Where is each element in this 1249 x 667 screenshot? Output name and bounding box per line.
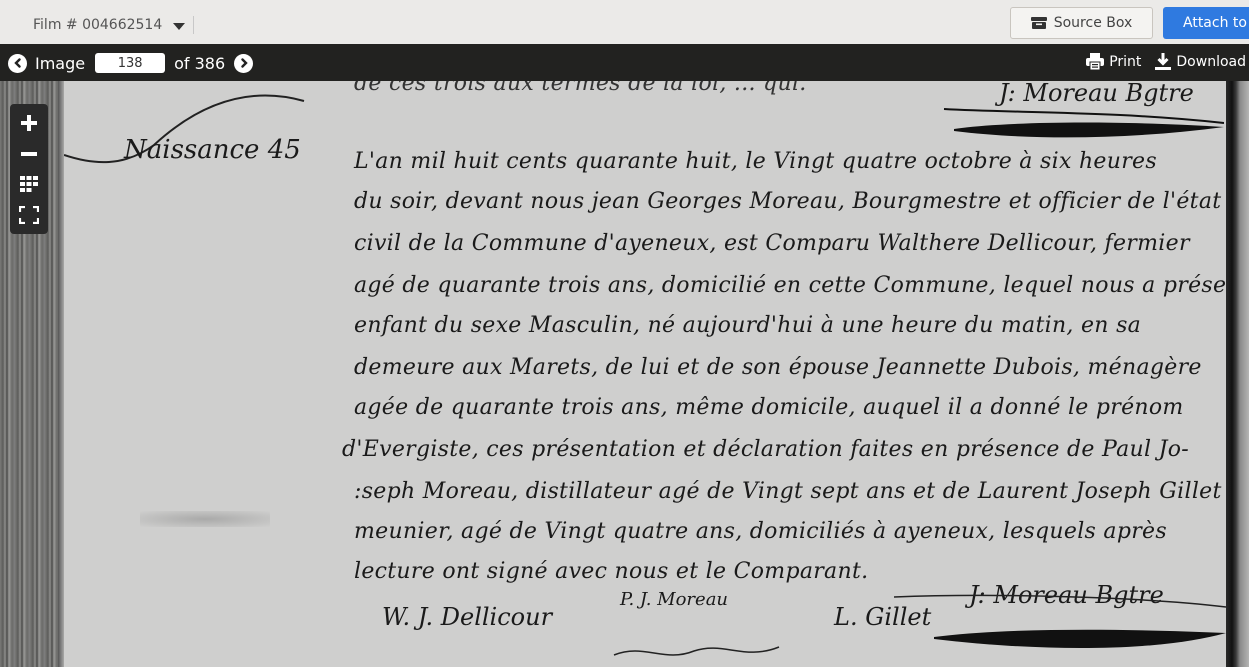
zoom-controls [10,104,48,234]
source-box-label: Source Box [1054,15,1133,31]
fullscreen-button[interactable] [14,202,44,228]
record-line: lecture ont signé avec nous et le Compar… [354,559,868,584]
document-page: de ces trois aux termes de la loi, ... q… [64,81,1226,667]
signature-paraph [604,637,784,667]
attach-to-button[interactable]: Attach to [1163,7,1249,39]
grid-icon [20,176,38,192]
chevron-left-icon [13,58,23,68]
page-stain [140,511,270,527]
download-label: Download [1176,54,1246,70]
record-line: agé de quarante trois ans, domicilié en … [354,273,1249,298]
attach-to-label: Attach to [1183,15,1247,31]
minus-icon [21,146,37,162]
chevron-down-icon[interactable] [173,23,185,30]
source-box-button[interactable]: Source Box [1010,7,1153,39]
chevron-right-icon [239,58,249,68]
download-button[interactable]: Download [1155,53,1246,70]
archive-box-icon [1031,17,1047,29]
record-line: d'Evergiste, ces présentation et déclara… [342,437,1189,462]
previous-image-button[interactable] [8,54,27,73]
signature-dellicour: W. J. Dellicour [382,603,552,631]
zoom-in-button[interactable] [14,110,44,136]
signature-flourish-bottom [894,593,1226,663]
record-line: :seph Moreau, distillateur agé de Vingt … [354,479,1222,504]
record-line: civil de la Commune d'ayeneux, est Compa… [354,231,1190,256]
print-label: Print [1109,54,1141,70]
film-selector[interactable]: Film # 004662514 [33,16,194,34]
thumbnail-grid-button[interactable] [14,171,44,197]
total-images-label: of 386 [174,54,225,73]
record-line: agée de quarante trois ans, même domicil… [354,395,1184,420]
page-number-input[interactable] [95,53,165,73]
image-navigation: Image of 386 [8,53,253,73]
record-line: enfant du sexe Masculin, né aujourd'hui … [354,313,1141,338]
top-bar: Film # 004662514 Source Box Attach to [0,0,1249,44]
print-button[interactable]: Print [1086,53,1141,70]
next-image-button[interactable] [234,54,253,73]
margin-note-naissance: Naissance 45 [124,135,301,165]
record-line: meunier, agé de Vingt quatre ans, domici… [354,519,1167,544]
record-line: L'an mil huit cents quarante huit, le Vi… [354,149,1157,174]
zoom-out-button[interactable] [14,141,44,167]
download-icon [1155,53,1171,70]
top-fragment-text: de ces trois aux termes de la loi, ... q… [354,81,807,96]
signature-flourish [934,101,1224,141]
image-label: Image [35,54,85,73]
record-line: du soir, devant nous jean Georges Moreau… [354,189,1221,214]
image-tools: Print Download [1086,53,1246,70]
printer-icon [1086,53,1104,70]
image-toolbar: Image of 386 Print Download [0,44,1249,81]
plus-icon [21,115,37,131]
film-number-label: Film # 004662514 [33,17,162,33]
signature-pj-moreau: P. J. Moreau [620,589,728,610]
page-right-edge [1226,81,1249,667]
image-viewer[interactable]: de ces trois aux termes de la loi, ... q… [0,81,1249,667]
record-line: demeure aux Marets, de lui et de son épo… [354,355,1202,380]
divider [193,16,194,34]
fullscreen-icon [19,206,39,224]
